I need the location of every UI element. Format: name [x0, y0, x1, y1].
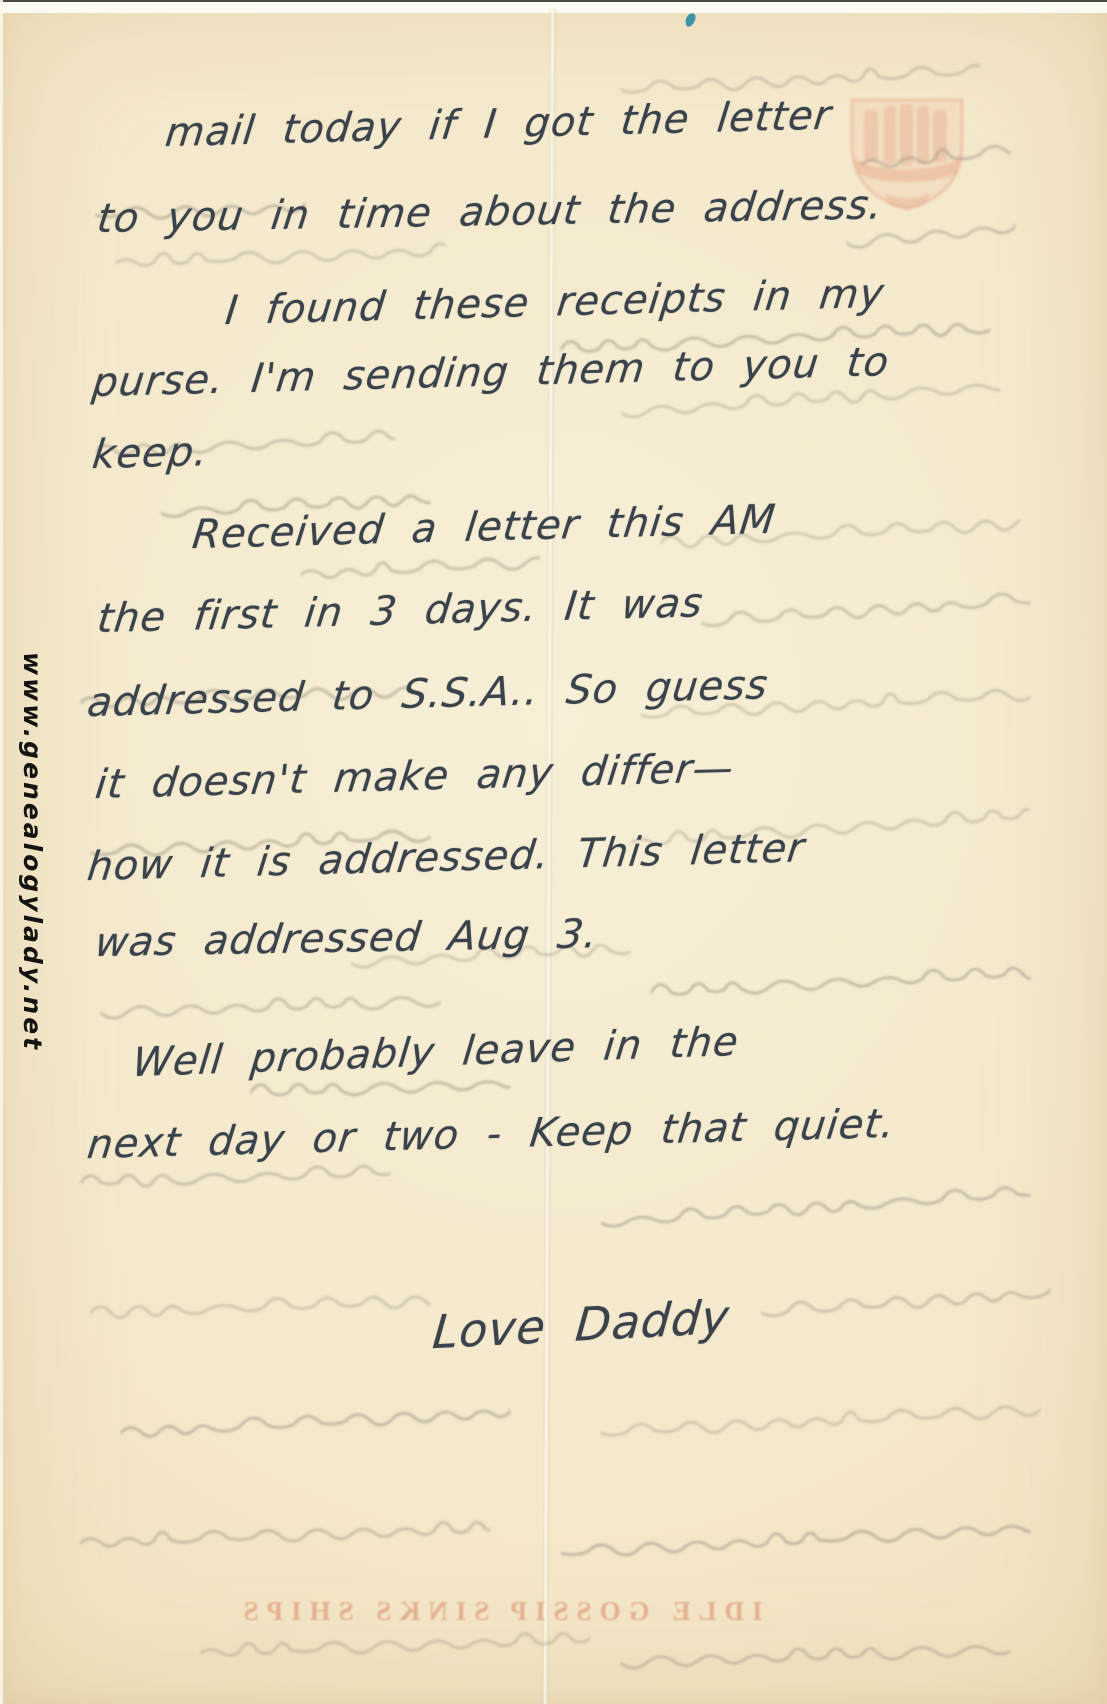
- letter-scan: mail today if I got the letterto you in …: [0, 0, 1107, 1704]
- bleed-caption: IDLE GOSSIP SINKS SHIPS: [218, 1596, 780, 1627]
- scan-left-strip: [0, 0, 3, 1704]
- handwriting-line: keep.: [90, 431, 210, 476]
- watermark: www.genealogylady.net: [18, 652, 47, 1052]
- handwriting-line: was addressed Aug 3.: [93, 913, 601, 964]
